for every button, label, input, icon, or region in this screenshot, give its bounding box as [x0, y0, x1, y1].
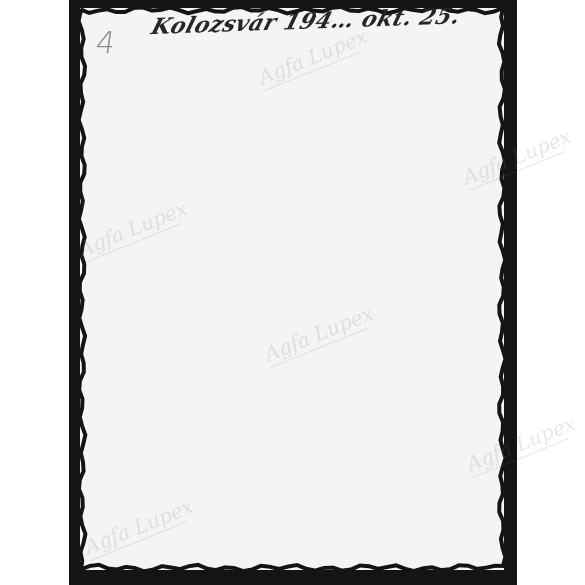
photo-back: 4 Kolozsvár 194… okt. 25. Agfa Lupex Agf…	[80, 8, 504, 570]
deckled-edge	[80, 8, 504, 570]
